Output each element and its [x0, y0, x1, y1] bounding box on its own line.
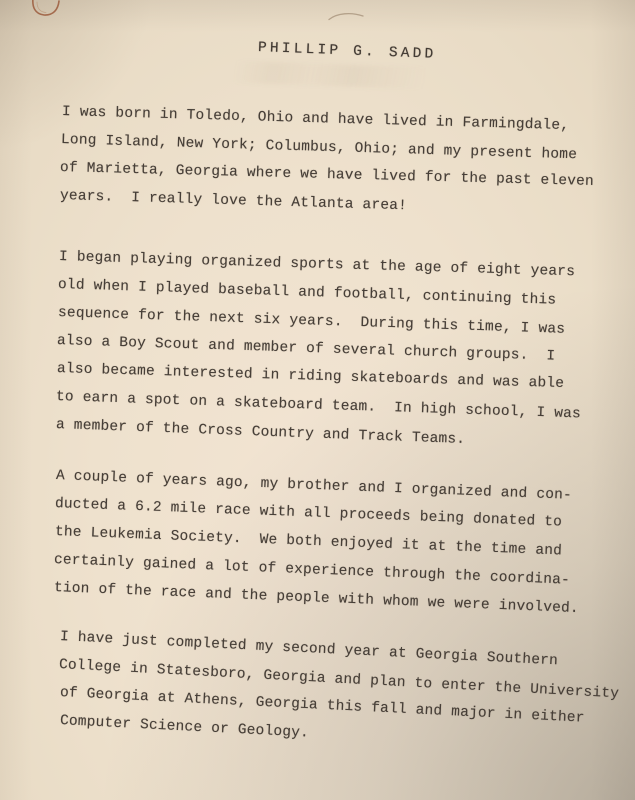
rust-stain-icon — [37, 2, 46, 13]
pencil-arc-icon — [329, 14, 363, 20]
text-line: also became interested in riding skatebo… — [57, 361, 565, 392]
text-line: years. I really love the Atlanta area! — [60, 188, 407, 214]
rust-stain-icon — [33, 0, 59, 15]
text-line: also a Boy Scout and member of several c… — [57, 333, 556, 365]
text-line: Long Island, New York; Columbus, Ohio; a… — [61, 132, 578, 163]
text-line: Computer Science or Geology. — [60, 713, 310, 742]
page-title: PHILLIP G. SADD — [258, 40, 437, 63]
text-line: a member of the Cross Country and Track … — [56, 417, 466, 448]
text-line: I was born in Toledo, Ohio and have live… — [62, 104, 570, 134]
document-page: PHILLIP G. SADD I was born in Toledo, Oh… — [0, 0, 635, 800]
text-line: of Marietta, Georgia where we have lived… — [60, 160, 594, 190]
text-line: I began playing organized sports at the … — [59, 249, 576, 280]
text-line: ducted a 6.2 mile race with all proceeds… — [55, 496, 563, 531]
faint-impression-mark — [235, 61, 426, 90]
text-line: to earn a spot on a skateboard team. In … — [56, 389, 581, 422]
text-line: sequence for the next six years. During … — [58, 305, 566, 338]
text-line: old when I played baseball and football,… — [58, 277, 557, 309]
